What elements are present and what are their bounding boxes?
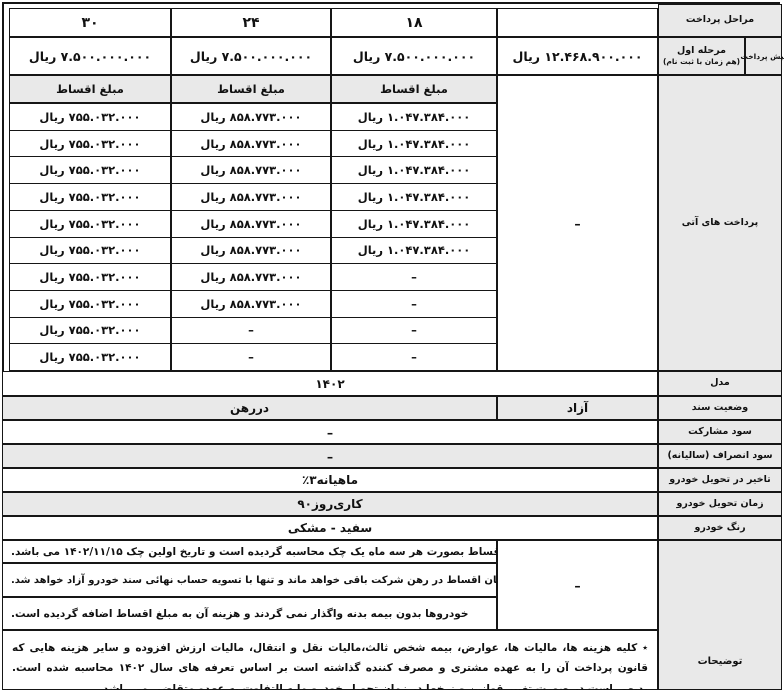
sidebar-first-stage-label: مرحله اول (هم زمان با ثبت نام) xyxy=(658,37,745,75)
installment-value: ۱.۰۴۷.۳۸۴.۰۰۰ ریال xyxy=(332,211,496,238)
tax-footnote-paragraph: ٭ کلیه هزینه ها، مالیات ها، عوارض، بیمه … xyxy=(2,630,658,690)
first-stage-title: مرحله اول xyxy=(677,45,726,58)
cancellation-profit-value: – xyxy=(2,444,658,468)
sidebar-notes-label: توضیحات xyxy=(658,540,782,690)
doc-status-first-value: آزاد xyxy=(497,396,658,420)
installment-value: ۱.۰۴۷.۳۸۴.۰۰۰ ریال xyxy=(332,238,496,265)
installment-value: ۱.۰۴۷.۳۸۴.۰۰۰ ریال xyxy=(332,131,496,158)
term-header-30: ۳۰ xyxy=(9,8,171,37)
installment-value: ۱.۰۴۷.۳۸۴.۰۰۰ ریال xyxy=(332,157,496,184)
delivery-delay-penalty-value: ٪۳ ماهیانه xyxy=(2,468,658,492)
installment-value: – xyxy=(172,344,330,370)
model-value: ۱۴۰۲ xyxy=(2,371,658,396)
installment-amount-header-24: مبلغ اقساط xyxy=(171,75,331,103)
future-payments-placeholder: – xyxy=(497,75,658,371)
installment-value: ۷۵۵.۰۳۲.۰۰۰ ریال xyxy=(10,238,170,265)
sidebar-cancellation-profit-label: سود انصراف (سالیانه) xyxy=(658,444,782,468)
installments-column-30: ۷۵۵.۰۳۲.۰۰۰ ریال۷۵۵.۰۳۲.۰۰۰ ریال۷۵۵.۰۳۲.… xyxy=(9,103,171,371)
note-row-2: سند خودرو تا پایان اقساط در رهن شرکت باق… xyxy=(2,563,497,597)
installment-value: ۸۵۸.۷۷۳.۰۰۰ ریال xyxy=(172,211,330,238)
installment-value: ۷۵۵.۰۳۲.۰۰۰ ریال xyxy=(10,264,170,291)
sidebar-payment-stages-label: مراحل پرداخت xyxy=(658,4,782,37)
installment-value: – xyxy=(172,318,330,345)
installment-value: ۱.۰۴۷.۳۸۴.۰۰۰ ریال xyxy=(332,184,496,211)
installment-amount-header-30: مبلغ اقساط xyxy=(9,75,171,103)
installment-value: ۷۵۵.۰۳۲.۰۰۰ ریال xyxy=(10,291,170,318)
partnership-profit-value: – xyxy=(2,420,658,444)
installment-value: ۸۵۸.۷۷۳.۰۰۰ ریال xyxy=(172,131,330,158)
doc-status-installment-value: دررهن xyxy=(2,396,497,420)
first-stage-value: ۱۲.۴۶۸.۹۰۰.۰۰۰ ریال xyxy=(497,37,658,75)
notes-placeholder: – xyxy=(497,540,658,630)
installment-value: ۷۵۵.۰۳۲.۰۰۰ ریال xyxy=(10,318,170,345)
installment-value: ۸۵۸.۷۷۳.۰۰۰ ریال xyxy=(172,291,330,318)
installment-value: ۷۵۵.۰۳۲.۰۰۰ ریال xyxy=(10,104,170,131)
term-header-18: ۱۸ xyxy=(331,8,497,37)
sidebar-partnership-profit-label: سود مشارکت xyxy=(658,420,782,444)
installment-value: ۸۵۸.۷۷۳.۰۰۰ ریال xyxy=(172,157,330,184)
sidebar-delivery-time-label: زمان تحویل خودرو xyxy=(658,492,782,516)
installment-value: ۸۵۸.۷۷۳.۰۰۰ ریال xyxy=(172,264,330,291)
first-stage-subtitle: (هم زمان با ثبت نام) xyxy=(663,57,740,67)
note-row-3: خودروها بدون بیمه بدنه واگذار نمی گردند … xyxy=(2,597,497,630)
delivery-time-value: ۹۰ روز کاری xyxy=(2,492,658,516)
installments-column-18: ۱.۰۴۷.۳۸۴.۰۰۰ ریال۱.۰۴۷.۳۸۴.۰۰۰ ریال۱.۰۴… xyxy=(331,103,497,371)
installment-value: – xyxy=(332,291,496,318)
installment-value: ۷۵۵.۰۳۲.۰۰۰ ریال xyxy=(10,344,170,370)
car-color-value: سفید - مشکی xyxy=(2,516,658,540)
installment-value: – xyxy=(332,344,496,370)
installment-value: ۷۵۵.۰۳۲.۰۰۰ ریال xyxy=(10,157,170,184)
installment-value: ۱.۰۴۷.۳۸۴.۰۰۰ ریال xyxy=(332,104,496,131)
installment-value: – xyxy=(332,318,496,345)
empty-header-cell xyxy=(497,8,658,37)
sidebar-model-label: مدل xyxy=(658,371,782,396)
installment-payment-table: ۳۰ ۲۴ ۱۸ مراحل پرداخت ۷.۵۰۰.۰۰۰.۰۰۰ ریال… xyxy=(0,0,784,690)
installment-value: – xyxy=(332,264,496,291)
installments-column-24: ۸۵۸.۷۷۳.۰۰۰ ریال۸۵۸.۷۷۳.۰۰۰ ریال۸۵۸.۷۷۳.… xyxy=(171,103,331,371)
installment-value: ۷۵۵.۰۳۲.۰۰۰ ریال xyxy=(10,131,170,158)
sidebar-car-color-label: رنگ خودرو xyxy=(658,516,782,540)
term-header-24: ۲۴ xyxy=(171,8,331,37)
sidebar-prepayment-label: پیش پرداخت xyxy=(745,37,782,75)
down-payment-24: ۷.۵۰۰.۰۰۰.۰۰۰ ریال xyxy=(171,37,331,75)
installment-value: ۷۵۵.۰۳۲.۰۰۰ ریال xyxy=(10,211,170,238)
installment-value: ۸۵۸.۷۷۳.۰۰۰ ریال xyxy=(172,104,330,131)
installment-amount-header-18: مبلغ اقساط xyxy=(331,75,497,103)
installment-value: ۸۵۸.۷۷۳.۰۰۰ ریال xyxy=(172,238,330,265)
sidebar-delivery-delay-label: تاخیر در تحویل خودرو xyxy=(658,468,782,492)
note-row-1: اقساط بصورت هر سه ماه یک چک محاسبه گردید… xyxy=(2,540,497,563)
installment-value: ۷۵۵.۰۳۲.۰۰۰ ریال xyxy=(10,184,170,211)
installment-value: ۸۵۸.۷۷۳.۰۰۰ ریال xyxy=(172,184,330,211)
down-payment-30: ۷.۵۰۰.۰۰۰.۰۰۰ ریال xyxy=(9,37,171,75)
sidebar-doc-status-label: وضعیت سند xyxy=(658,396,782,420)
sidebar-future-payments-label: پرداخت های آتی xyxy=(658,75,782,371)
down-payment-18: ۷.۵۰۰.۰۰۰.۰۰۰ ریال xyxy=(331,37,497,75)
